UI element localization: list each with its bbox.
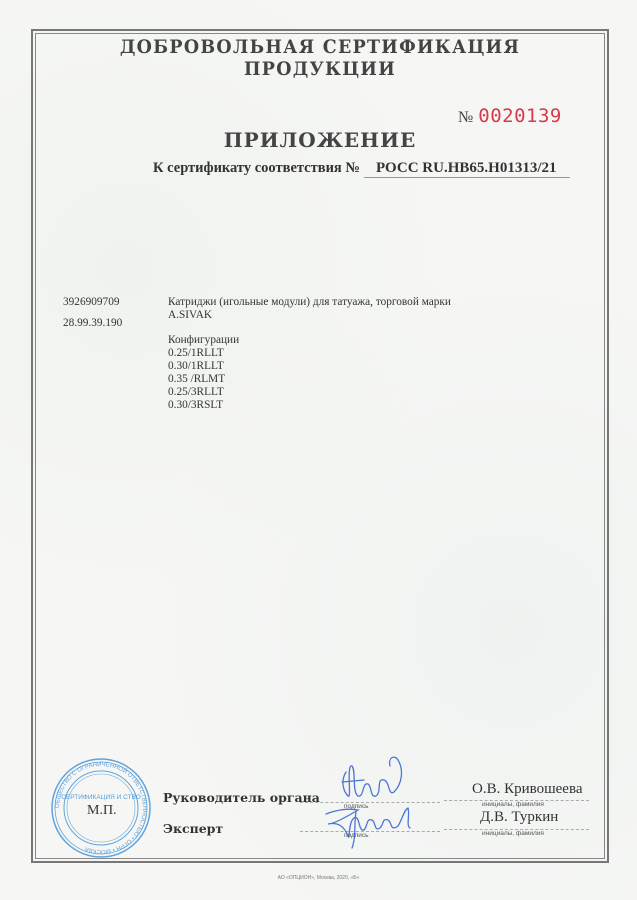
product-brand: A.SIVAK (168, 309, 451, 322)
form-number: № 0020139 (458, 105, 562, 128)
configuration-item: 0.30/3RSLT (168, 399, 451, 412)
handwritten-signature-icon (318, 752, 428, 852)
document-header-title: ДОБРОВОЛЬНАЯ СЕРТИФИКАЦИЯ ПРОДУКЦИИ (58, 36, 582, 80)
head-name-caption: инициалы, фамилия (482, 801, 544, 808)
head-name: О.В. Кривошеева (472, 781, 583, 798)
appendix-title: ПРИЛОЖЕНИЕ (35, 128, 605, 152)
svg-text:СЕРТИФИКАЦИЯ И СТВО: СЕРТИФИКАЦИЯ И СТВО (61, 794, 141, 801)
expert-name-caption: инициалы, фамилия (482, 830, 544, 837)
product-name: Катриджи (игольные модули) для татуажа, … (168, 296, 451, 309)
configurations-label: Конфигурации (168, 334, 451, 347)
configuration-item: 0.35 /RLMT (168, 373, 451, 386)
head-of-body-label: Руководитель органа (163, 790, 320, 805)
tn-ved-code: 3926909709 (63, 296, 122, 308)
configuration-item: 0.25/3RLLT (168, 386, 451, 399)
number-sign: № (458, 109, 473, 126)
product-description: Катриджи (игольные модули) для татуажа, … (168, 296, 451, 412)
configuration-item: 0.30/1RLLT (168, 360, 451, 373)
form-number-value: 0020139 (478, 105, 562, 127)
configuration-item: 0.25/1RLLT (168, 347, 451, 360)
document-frame-inner (35, 33, 605, 859)
product-codes: 3926909709 28.99.39.190 (63, 296, 122, 338)
certificate-reference-label: К сертификату соответствия № (153, 160, 360, 176)
okpd2-code: 28.99.39.190 (63, 317, 122, 329)
expert-label: Эксперт (163, 821, 223, 836)
certificate-reference-value: РОСС RU.HB65.H01313/21 (364, 160, 571, 178)
expert-name: Д.В. Туркин (480, 809, 558, 826)
printer-imprint: АО «ОПЦИОН», Москва, 2020, «Б» (0, 875, 637, 881)
stamp-place-label: М.П. (87, 803, 117, 819)
certificate-reference: К сертификату соответствия №РОСС RU.HB65… (153, 160, 570, 178)
